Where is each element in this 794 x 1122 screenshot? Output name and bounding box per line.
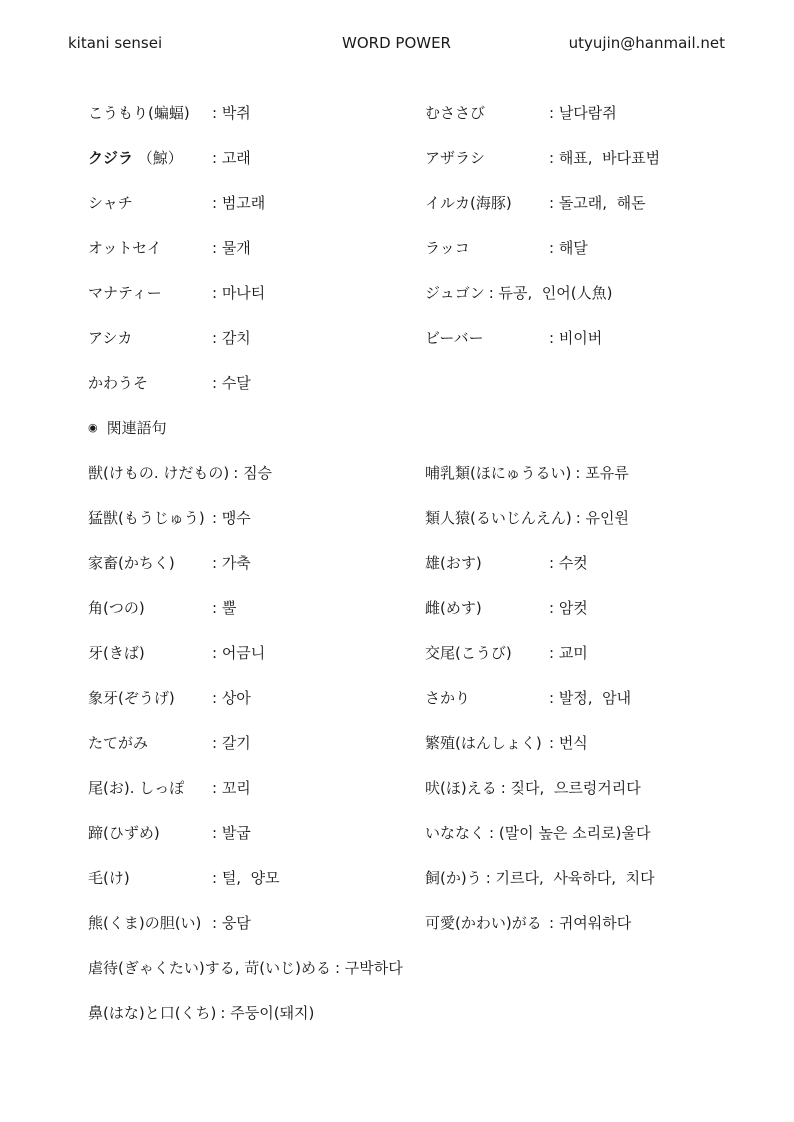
vocab-entry: 可愛(かわい)がる: 귀여워하다 — [425, 912, 631, 933]
vocab-definition: : 발굽 — [212, 822, 251, 843]
vocab-term: 家畜(かちく) — [88, 552, 208, 573]
vocab-entry: さかり: 발정, 암내 — [425, 687, 631, 708]
vocab-row: こうもり(蝙蝠): 박쥐むささび: 날다람쥐 — [0, 90, 794, 135]
vocab-row: 尾(お). しっぽ: 꼬리吠(ほ)える: 짖다, 으르렁거리다 — [0, 765, 794, 810]
vocab-term: 蹄(ひずめ) — [88, 822, 208, 843]
right-column-cell: ラッコ: 해달 — [425, 237, 794, 258]
vocab-definition: : 털, 양모 — [212, 867, 280, 888]
left-column-cell: 牙(きば): 어금니 — [88, 642, 425, 663]
left-column-cell: アシカ: 감치 — [88, 327, 425, 348]
vocab-term: 吠(ほ)える — [425, 777, 497, 798]
vocab-term: 鼻(はな)と口(くち) — [88, 1002, 216, 1023]
vocab-definition: : 주둥이(돼지) — [220, 1002, 314, 1023]
right-column-cell: ジュゴン: 듀공, 인어(人魚) — [425, 282, 794, 303]
vocab-definition: : 마나티 — [212, 282, 265, 303]
vocab-entry: 哺乳類(ほにゅうるい): 포유류 — [425, 462, 629, 483]
vocab-term: 尾(お). しっぽ — [88, 777, 208, 798]
vocab-entry: アザラシ: 해표, 바다표범 — [425, 147, 660, 168]
vocab-entry: ラッコ: 해달 — [425, 237, 588, 258]
vocab-entry: ビーバー: 비이버 — [425, 327, 602, 348]
left-column-cell: たてがみ: 갈기 — [88, 732, 425, 753]
vocab-term: シャチ — [88, 192, 208, 213]
vocab-definition: : 상아 — [212, 687, 251, 708]
vocab-term: いななく — [425, 822, 485, 843]
related-terms-heading: ◉ 関連語句 — [0, 405, 794, 450]
vocab-entry: オットセイ: 물개 — [88, 237, 251, 258]
vocab-row: 熊(くま)の胆(い): 웅담可愛(かわい)がる: 귀여워하다 — [0, 900, 794, 945]
vocab-term: 虐待(ぎゃくたい)する, 苛(いじ)める — [88, 957, 331, 978]
left-column-cell: 獣(けもの. けだもの): 짐승 — [88, 462, 425, 483]
vocab-entry: 蹄(ひずめ): 발굽 — [88, 822, 251, 843]
right-column-cell: イルカ(海豚): 돌고래, 해돈 — [425, 192, 794, 213]
vocab-entry: 尾(お). しっぽ: 꼬리 — [88, 777, 251, 798]
vocab-term: オットセイ — [88, 237, 208, 258]
vocab-definition: : 박쥐 — [212, 102, 251, 123]
vocab-definition: : 돌고래, 해돈 — [549, 192, 646, 213]
left-column-cell: 尾(お). しっぽ: 꼬리 — [88, 777, 425, 798]
email-address: utyujin@hanmail.net — [506, 34, 725, 52]
vocab-row: 獣(けもの. けだもの): 짐승哺乳類(ほにゅうるい): 포유류 — [0, 450, 794, 495]
vocab-row: 家畜(かちく): 가축雄(おす): 수컷 — [0, 540, 794, 585]
vocab-definition: : 수달 — [212, 372, 251, 393]
vocab-entry: 飼(か)う: 기르다, 사육하다, 치다 — [425, 867, 655, 888]
right-column-cell: 雌(めす): 암컷 — [425, 597, 794, 618]
vocab-term: 象牙(ぞうげ) — [88, 687, 208, 708]
right-column-cell: ビーバー: 비이버 — [425, 327, 794, 348]
vocab-row: マナティー: 마나티ジュゴン: 듀공, 인어(人魚) — [0, 270, 794, 315]
vocab-definition: : 귀여워하다 — [549, 912, 631, 933]
vocab-definition: : 감치 — [212, 327, 251, 348]
left-column-cell: 象牙(ぞうげ): 상아 — [88, 687, 425, 708]
vocab-term: ジュゴン — [425, 282, 485, 303]
vocab-definition: : 교미 — [549, 642, 588, 663]
vocab-entry: 虐待(ぎゃくたい)する, 苛(いじ)める: 구박하다 — [88, 957, 403, 978]
vocab-entry: むささび: 날다람쥐 — [425, 102, 617, 123]
animal-words-section: こうもり(蝙蝠): 박쥐むささび: 날다람쥐クジラ （鯨）: 고래アザラシ: 해… — [0, 90, 794, 405]
left-column-cell: こうもり(蝙蝠): 박쥐 — [88, 102, 425, 123]
vocab-term: こうもり(蝙蝠) — [88, 102, 208, 123]
vocab-row: シャチ: 범고래イルカ(海豚): 돌고래, 해돈 — [0, 180, 794, 225]
right-column-cell: むささび: 날다람쥐 — [425, 102, 794, 123]
vocab-term: 獣(けもの. けだもの) — [88, 462, 229, 483]
left-column-cell: 熊(くま)の胆(い): 웅담 — [88, 912, 425, 933]
vocab-definition: : 듀공, 인어(人魚) — [489, 282, 613, 303]
left-column-cell: 毛(け): 털, 양모 — [88, 867, 425, 888]
vocab-row: 象牙(ぞうげ): 상아さかり: 발정, 암내 — [0, 675, 794, 720]
vocab-term: ラッコ — [425, 237, 545, 258]
vocab-entry: たてがみ: 갈기 — [88, 732, 251, 753]
related-terms-label: 関連語句 — [107, 417, 167, 438]
vocab-row: アシカ: 감치ビーバー: 비이버 — [0, 315, 794, 360]
vocab-entry: 類人猿(るいじんえん): 유인원 — [425, 507, 629, 528]
vocab-term: 飼(か)う — [425, 867, 482, 888]
document-page: kitani sensei WORD POWER utyujin@hanmail… — [0, 0, 794, 1122]
vocab-definition: : 범고래 — [212, 192, 265, 213]
vocab-definition: : 포유류 — [575, 462, 628, 483]
right-column-cell: さかり: 발정, 암내 — [425, 687, 794, 708]
vocab-entry: 繁殖(はんしょく): 번식 — [425, 732, 588, 753]
vocab-term: むささび — [425, 102, 545, 123]
vocab-definition: : 발정, 암내 — [549, 687, 631, 708]
vocab-entry: 象牙(ぞうげ): 상아 — [88, 687, 251, 708]
vocab-term-bold: クジラ — [88, 149, 133, 167]
vocab-row: 虐待(ぎゃくたい)する, 苛(いじ)める: 구박하다 — [0, 945, 794, 990]
vocab-term: 雌(めす) — [425, 597, 545, 618]
vocab-row: かわうそ: 수달 — [0, 360, 794, 405]
vocab-definition: : 고래 — [212, 147, 251, 168]
vocab-term: たてがみ — [88, 732, 208, 753]
vocab-definition: : 수컷 — [549, 552, 588, 573]
vocab-entry: マナティー: 마나티 — [88, 282, 265, 303]
vocab-row: オットセイ: 물개ラッコ: 해달 — [0, 225, 794, 270]
left-column-cell: かわうそ: 수달 — [88, 372, 425, 393]
vocab-entry: 獣(けもの. けだもの): 짐승 — [88, 462, 272, 483]
vocab-entry: いななく: (말이 높은 소리로)울다 — [425, 822, 651, 843]
vocab-term: さかり — [425, 687, 545, 708]
vocab-definition: : 맹수 — [212, 507, 251, 528]
vocab-term: アシカ — [88, 327, 208, 348]
vocab-entry: 雌(めす): 암컷 — [425, 597, 588, 618]
right-column-cell: 哺乳類(ほにゅうるい): 포유류 — [425, 462, 794, 483]
related-words-section: 獣(けもの. けだもの): 짐승哺乳類(ほにゅうるい): 포유류猛獣(もうじゅう… — [0, 450, 794, 1035]
vocab-row: 牙(きば): 어금니交尾(こうび): 교미 — [0, 630, 794, 675]
left-column-cell: 蹄(ひずめ): 발굽 — [88, 822, 425, 843]
vocab-definition: : 기르다, 사육하다, 치다 — [486, 867, 655, 888]
vocab-definition: : 물개 — [212, 237, 251, 258]
vocab-definition: : 짐승 — [233, 462, 272, 483]
vocab-row: 角(つの): 뿔雌(めす): 암컷 — [0, 585, 794, 630]
vocab-content: こうもり(蝙蝠): 박쥐むささび: 날다람쥐クジラ （鯨）: 고래アザラシ: 해… — [0, 90, 794, 1035]
vocab-row: 猛獣(もうじゅう): 맹수類人猿(るいじんえん): 유인원 — [0, 495, 794, 540]
author-name: kitani sensei — [68, 34, 287, 52]
vocab-term: 交尾(こうび) — [425, 642, 545, 663]
right-column-cell: 雄(おす): 수컷 — [425, 552, 794, 573]
vocab-term: クジラ （鯨） — [88, 147, 208, 168]
vocab-term: アザラシ — [425, 147, 545, 168]
vocab-term: 毛(け) — [88, 867, 208, 888]
vocab-definition: : 뿔 — [212, 597, 236, 618]
vocab-definition: : 암컷 — [549, 597, 588, 618]
left-column-cell: クジラ （鯨）: 고래 — [88, 147, 425, 168]
vocab-definition: : 해표, 바다표범 — [549, 147, 660, 168]
vocab-entry: こうもり(蝙蝠): 박쥐 — [88, 102, 251, 123]
vocab-entry: 角(つの): 뿔 — [88, 597, 236, 618]
left-column-cell: 猛獣(もうじゅう): 맹수 — [88, 507, 425, 528]
right-column-cell: アザラシ: 해표, 바다표범 — [425, 147, 794, 168]
vocab-entry: かわうそ: 수달 — [88, 372, 251, 393]
vocab-row: 鼻(はな)と口(くち): 주둥이(돼지) — [0, 990, 794, 1035]
vocab-definition: : 유인원 — [576, 507, 629, 528]
vocab-entry: 雄(おす): 수컷 — [425, 552, 588, 573]
vocab-definition: : 날다람쥐 — [549, 102, 617, 123]
vocab-term: 可愛(かわい)がる — [425, 912, 545, 933]
fisheye-bullet-icon: ◉ — [88, 422, 98, 433]
right-column-cell: 吠(ほ)える: 짖다, 으르렁거리다 — [425, 777, 794, 798]
vocab-row: たてがみ: 갈기繁殖(はんしょく): 번식 — [0, 720, 794, 765]
vocab-entry: 猛獣(もうじゅう): 맹수 — [88, 507, 251, 528]
vocab-term: かわうそ — [88, 372, 208, 393]
vocab-definition: : 가축 — [212, 552, 251, 573]
vocab-entry: イルカ(海豚): 돌고래, 해돈 — [425, 192, 646, 213]
right-column-cell: 飼(か)う: 기르다, 사육하다, 치다 — [425, 867, 794, 888]
left-column-cell: マナティー: 마나티 — [88, 282, 425, 303]
right-column-cell: 可愛(かわい)がる: 귀여워하다 — [425, 912, 794, 933]
vocab-entry: 牙(きば): 어금니 — [88, 642, 265, 663]
left-column-cell: シャチ: 범고래 — [88, 192, 425, 213]
vocab-definition: : 꼬리 — [212, 777, 251, 798]
vocab-term: 哺乳類(ほにゅうるい) — [425, 462, 571, 483]
vocab-entry: 家畜(かちく): 가축 — [88, 552, 251, 573]
vocab-entry: クジラ （鯨）: 고래 — [88, 147, 251, 168]
left-column-cell: 鼻(はな)と口(くち): 주둥이(돼지) — [88, 1002, 425, 1023]
vocab-definition: : 비이버 — [549, 327, 602, 348]
vocab-entry: アシカ: 감치 — [88, 327, 251, 348]
vocab-row: 毛(け): 털, 양모飼(か)う: 기르다, 사육하다, 치다 — [0, 855, 794, 900]
vocab-term: 猛獣(もうじゅう) — [88, 507, 208, 528]
right-column-cell: 交尾(こうび): 교미 — [425, 642, 794, 663]
left-column-cell: 家畜(かちく): 가축 — [88, 552, 425, 573]
vocab-row: 蹄(ひずめ): 발굽いななく: (말이 높은 소리로)울다 — [0, 810, 794, 855]
vocab-definition: : (말이 높은 소리로)울다 — [489, 822, 650, 843]
vocab-term: ビーバー — [425, 327, 545, 348]
vocab-definition: : 번식 — [549, 732, 588, 753]
vocab-entry: 毛(け): 털, 양모 — [88, 867, 280, 888]
vocab-term: イルカ(海豚) — [425, 192, 545, 213]
vocab-term: 角(つの) — [88, 597, 208, 618]
vocab-entry: 鼻(はな)と口(くち): 주둥이(돼지) — [88, 1002, 314, 1023]
vocab-definition: : 짖다, 으르렁거리다 — [501, 777, 641, 798]
page-header: kitani sensei WORD POWER utyujin@hanmail… — [0, 0, 794, 52]
vocab-definition: : 구박하다 — [335, 957, 403, 978]
vocab-entry: 熊(くま)の胆(い): 웅담 — [88, 912, 251, 933]
vocab-term: 熊(くま)の胆(い) — [88, 912, 208, 933]
vocab-entry: 吠(ほ)える: 짖다, 으르렁거리다 — [425, 777, 641, 798]
vocab-term: 牙(きば) — [88, 642, 208, 663]
vocab-term: 雄(おす) — [425, 552, 545, 573]
vocab-definition: : 어금니 — [212, 642, 265, 663]
right-column-cell: 繁殖(はんしょく): 번식 — [425, 732, 794, 753]
vocab-definition: : 해달 — [549, 237, 588, 258]
right-column-cell: 類人猿(るいじんえん): 유인원 — [425, 507, 794, 528]
vocab-row: クジラ （鯨）: 고래アザラシ: 해표, 바다표범 — [0, 135, 794, 180]
vocab-entry: 交尾(こうび): 교미 — [425, 642, 588, 663]
vocab-definition: : 갈기 — [212, 732, 251, 753]
vocab-entry: ジュゴン: 듀공, 인어(人魚) — [425, 282, 613, 303]
vocab-entry: シャチ: 범고래 — [88, 192, 265, 213]
document-title: WORD POWER — [287, 34, 506, 52]
left-column-cell: オットセイ: 물개 — [88, 237, 425, 258]
vocab-term: 繁殖(はんしょく) — [425, 732, 545, 753]
vocab-term: 類人猿(るいじんえん) — [425, 507, 572, 528]
vocab-term: マナティー — [88, 282, 208, 303]
vocab-definition: : 웅담 — [212, 912, 251, 933]
right-column-cell: いななく: (말이 높은 소리로)울다 — [425, 822, 794, 843]
left-column-cell: 角(つの): 뿔 — [88, 597, 425, 618]
left-column-cell: 虐待(ぎゃくたい)する, 苛(いじ)める: 구박하다 — [88, 957, 425, 978]
